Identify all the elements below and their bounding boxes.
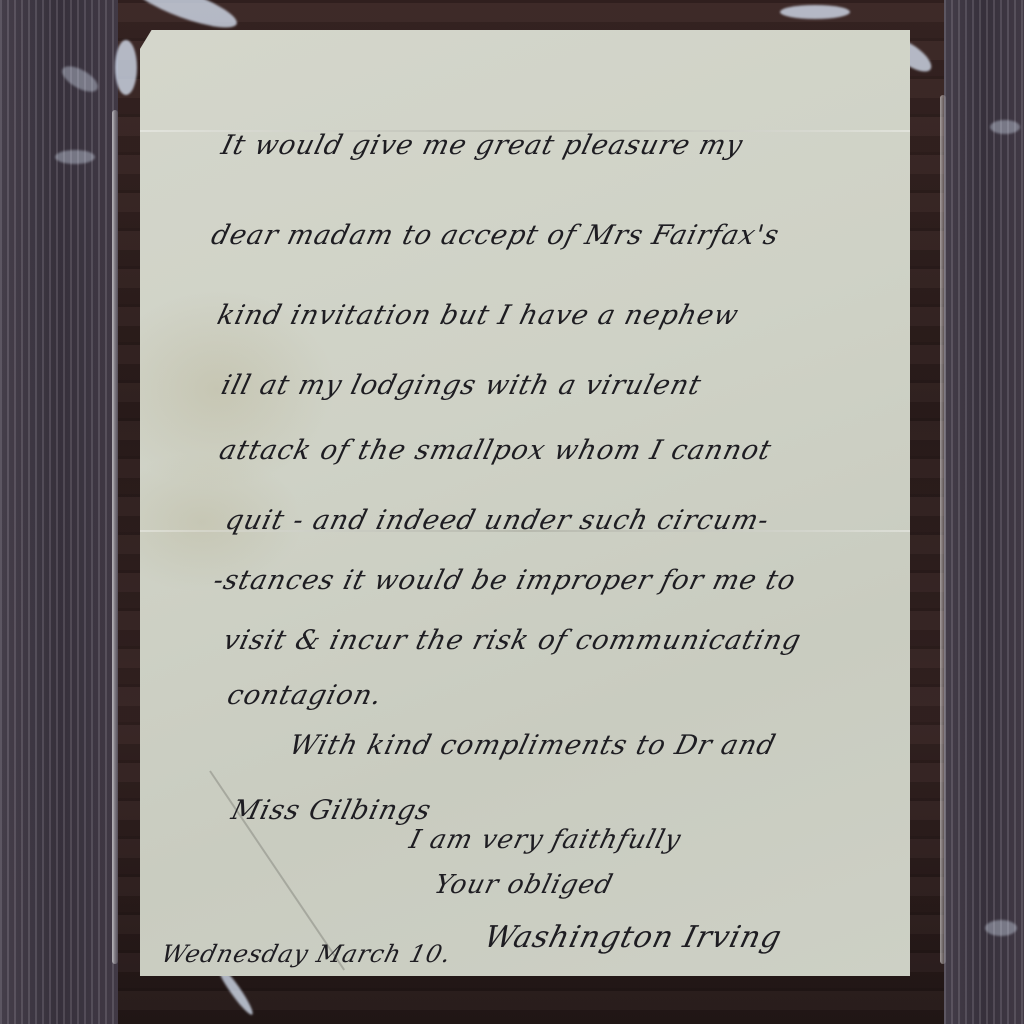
body-line: kind invitation but I have a nephew: [214, 300, 742, 331]
body-line: dear madam to accept of Mrs Fairfax's: [208, 220, 783, 251]
glare-highlight: [985, 920, 1017, 936]
sleeve-right-edge: [944, 0, 1024, 1024]
date-line: Wednesday March 10.: [159, 940, 455, 968]
glare-highlight: [990, 120, 1020, 134]
body-line: It would give me great pleasure my: [218, 130, 746, 161]
body-line: Miss Gilbings: [228, 795, 435, 826]
closing-line: Your obliged: [431, 870, 616, 900]
body-line: ill at my lodgings with a virulent: [218, 370, 705, 401]
closing-line: I am very faithfully: [406, 825, 684, 855]
glare-highlight: [115, 40, 137, 95]
glare-highlight: [780, 5, 850, 19]
letter-paper: It would give me great pleasure my dear …: [140, 30, 910, 976]
body-line: -stances it would be improper for me to: [210, 565, 799, 596]
body-line: quit - and indeed under such circum-: [222, 505, 772, 536]
body-line: attack of the smallpox whom I cannot: [216, 435, 775, 466]
body-line: With kind compliments to Dr and: [286, 730, 779, 761]
glare-highlight: [55, 150, 95, 164]
signature: Washington Irving: [481, 920, 786, 955]
body-line: contagion.: [224, 680, 386, 711]
body-line: visit & incur the risk of communicating: [220, 625, 805, 656]
sleeve-seam-right: [940, 95, 946, 964]
sleeve-seam-left: [112, 110, 118, 964]
letter-text: It would give me great pleasure my dear …: [140, 30, 910, 976]
